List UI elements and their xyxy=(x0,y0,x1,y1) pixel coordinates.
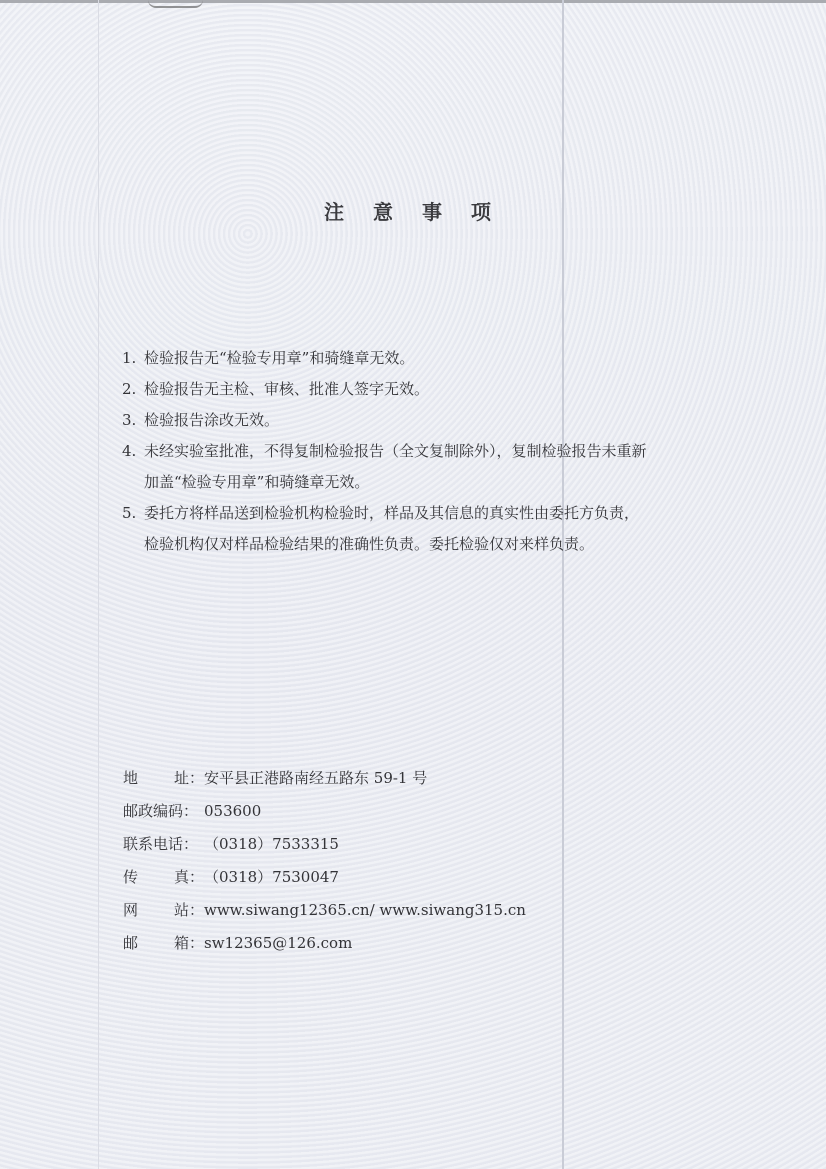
website-value: www.siwang12365.cn/ www.siwang315.cn xyxy=(204,900,526,933)
note-item-5: 5. 委托方将样品送到检验机构检验时，样品及其信息的真实性由委托方负责， 检验机… xyxy=(122,500,762,558)
note-text: 未经实验室批准，不得复制检验报告（全文复制除外），复制检验报告未重新 加盖“检验… xyxy=(144,438,762,496)
note-number: 2. xyxy=(122,376,144,403)
note-item-3: 3. 检验报告涂改无效。 xyxy=(122,407,762,434)
scan-mark xyxy=(148,0,203,8)
email-label: 邮 箱： xyxy=(123,933,204,966)
note-number: 4. xyxy=(122,438,144,496)
email-value: sw12365@126.com xyxy=(204,933,352,966)
label-char: 地 xyxy=(123,768,138,801)
note-text: 委托方将样品送到检验机构检验时，样品及其信息的真实性由委托方负责， 检验机构仅对… xyxy=(144,500,762,558)
contact-fax: 传 真： （0318）7530047 xyxy=(123,867,526,900)
contact-website: 网 站： www.siwang12365.cn/ www.siwang315.c… xyxy=(123,900,526,933)
label-char: 邮 xyxy=(123,933,138,966)
note-line: 未经实验室批准，不得复制检验报告（全文复制除外），复制检验报告未重新 xyxy=(144,438,762,465)
fax-label: 传 真： xyxy=(123,867,204,900)
scanned-page: 注 意 事 项 1. 检验报告无“检验专用章”和骑缝章无效。 2. 检验报告无主… xyxy=(0,0,826,1169)
note-item-4: 4. 未经实验室批准，不得复制检验报告（全文复制除外），复制检验报告未重新 加盖… xyxy=(122,438,762,496)
postcode-label: 邮政编码： xyxy=(123,801,204,834)
website-label: 网 站： xyxy=(123,900,204,933)
page-title: 注 意 事 项 xyxy=(0,196,826,225)
label-char: 真： xyxy=(174,867,204,900)
label-char: 箱： xyxy=(174,933,204,966)
note-item-1: 1. 检验报告无“检验专用章”和骑缝章无效。 xyxy=(122,345,762,372)
note-number: 3. xyxy=(122,407,144,434)
scan-edge xyxy=(0,0,826,3)
phone-label: 联系电话： xyxy=(123,834,204,867)
label-char: 站： xyxy=(174,900,204,933)
contact-postcode: 邮政编码： 053600 xyxy=(123,801,526,834)
note-line: 检验报告无“检验专用章”和骑缝章无效。 xyxy=(144,345,762,372)
note-line: 检验报告涂改无效。 xyxy=(144,407,762,434)
contact-email: 邮 箱： sw12365@126.com xyxy=(123,933,526,966)
contact-phone: 联系电话： （0318）7533315 xyxy=(123,834,526,867)
note-number: 5. xyxy=(122,500,144,558)
note-line: 检验报告无主检、审核、批准人签字无效。 xyxy=(144,376,762,403)
label-char: 址： xyxy=(174,768,204,801)
note-line: 加盖“检验专用章”和骑缝章无效。 xyxy=(144,469,762,496)
note-line: 委托方将样品送到检验机构检验时，样品及其信息的真实性由委托方负责， xyxy=(144,500,762,527)
notes-list: 1. 检验报告无“检验专用章”和骑缝章无效。 2. 检验报告无主检、审核、批准人… xyxy=(122,345,762,562)
postcode-value: 053600 xyxy=(204,801,261,834)
label-char: 传 xyxy=(123,867,138,900)
note-item-2: 2. 检验报告无主检、审核、批准人签字无效。 xyxy=(122,376,762,403)
fold-line-left xyxy=(98,0,99,1169)
note-number: 1. xyxy=(122,345,144,372)
fold-line-right xyxy=(562,0,564,1169)
fax-value: （0318）7530047 xyxy=(204,867,339,900)
address-label: 地 址： xyxy=(123,768,204,801)
note-text: 检验报告无主检、审核、批准人签字无效。 xyxy=(144,376,762,403)
address-value: 安平县正港路南经五路东 59-1 号 xyxy=(204,768,427,801)
contact-address: 地 址： 安平县正港路南经五路东 59-1 号 xyxy=(123,768,526,801)
note-text: 检验报告无“检验专用章”和骑缝章无效。 xyxy=(144,345,762,372)
note-line: 检验机构仅对样品检验结果的准确性负责。委托检验仅对来样负责。 xyxy=(144,531,762,558)
contact-info: 地 址： 安平县正港路南经五路东 59-1 号 邮政编码： 053600 联系电… xyxy=(123,768,526,966)
label-char: 网 xyxy=(123,900,138,933)
phone-value: （0318）7533315 xyxy=(204,834,339,867)
note-text: 检验报告涂改无效。 xyxy=(144,407,762,434)
